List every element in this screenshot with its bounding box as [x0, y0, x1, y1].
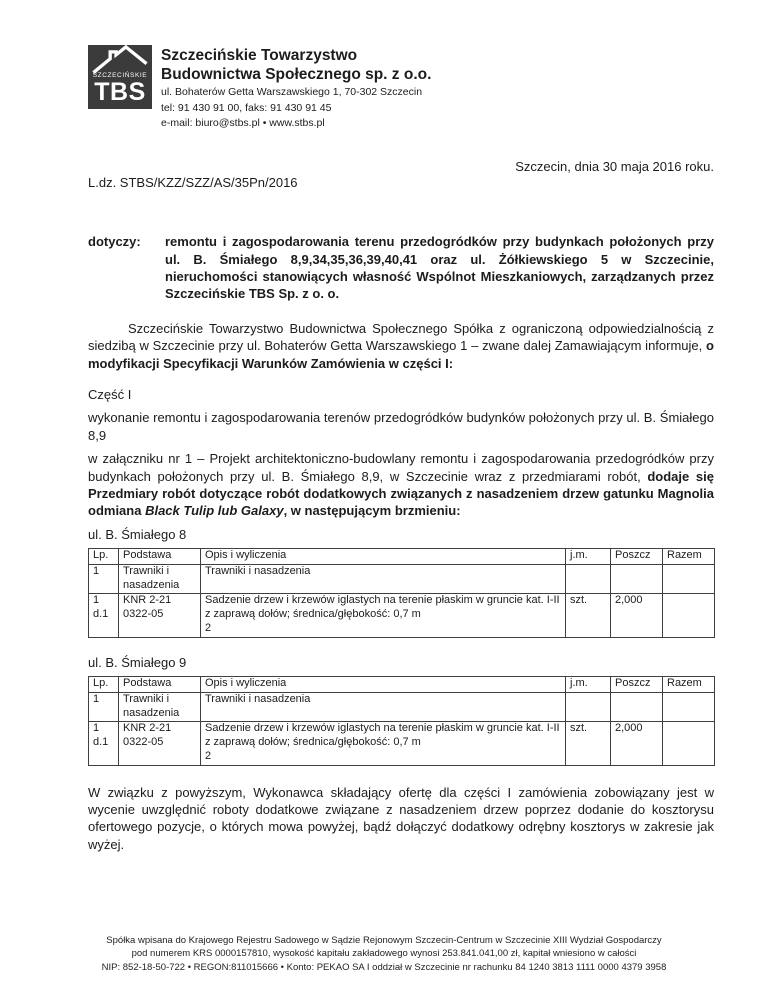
cell-poszcz	[611, 692, 663, 722]
cost-estimate-table-smialego-9: Lp. Podstawa Opis i wyliczenia j.m. Posz…	[88, 676, 715, 766]
cell-poszcz: 2,000	[611, 594, 663, 637]
cell-razem	[663, 722, 715, 765]
podstawa-line2: 0322-05	[123, 736, 196, 750]
cell-jm: szt.	[566, 722, 611, 765]
opis-line2: 2	[205, 750, 561, 764]
lp-line2: d.1	[93, 608, 114, 622]
col-header-opis: Opis i wyliczenia	[201, 677, 566, 693]
cell-podstawa: Trawniki i nasadzenia	[119, 692, 201, 722]
company-email: e-mail: biuro@stbs.pl • www.stbs.pl	[161, 117, 431, 131]
subject-block: dotyczy: remontu i zagospodarowania tere…	[88, 233, 714, 303]
modification-bold-tail: , w następującym brzmieniu:	[284, 503, 461, 518]
date-line: Szczecin, dnia 30 maja 2016 roku.	[88, 159, 714, 174]
col-header-opis: Opis i wyliczenia	[201, 549, 566, 565]
document-page: SZCZECIŃSKIE TBS Szczecińskie Towarzystw…	[0, 0, 768, 994]
col-header-poszcz: Poszcz	[611, 549, 663, 565]
company-logo: SZCZECIŃSKIE TBS	[88, 45, 152, 109]
cell-lp: 1d.1	[89, 594, 119, 637]
cell-razem	[663, 594, 715, 637]
cell-opis: Sadzenie drzew i krzewów iglastych na te…	[201, 722, 566, 765]
footer-line1: Spółka wpisana do Krajowego Rejestru Sad…	[0, 934, 768, 947]
cell-jm: szt.	[566, 594, 611, 637]
cell-opis: Trawniki i nasadzenia	[201, 564, 566, 594]
col-header-jm: j.m.	[566, 549, 611, 565]
reference-number: L.dz. STBS/KZZ/SZZ/AS/35Pn/2016	[88, 175, 714, 190]
lp-line1: 1	[93, 594, 114, 608]
logo-tbs-label: TBS	[94, 80, 146, 105]
company-phone: tel: 91 430 91 00, faks: 91 430 91 45	[161, 102, 431, 116]
podstawa-line1: KNR 2-21	[123, 722, 196, 736]
modification-paragraph: w załączniku nr 1 – Projekt architektoni…	[88, 450, 714, 520]
modification-bold-italic-text: Black Tulip lub Galaxy	[145, 503, 283, 518]
table-row: 1 Trawniki i nasadzenia Trawniki i nasad…	[89, 564, 715, 594]
opis-line2: 2	[205, 622, 561, 636]
part-heading: Część I	[88, 386, 714, 403]
cell-opis: Sadzenie drzew i krzewów iglastych na te…	[201, 594, 566, 637]
col-header-lp: Lp.	[89, 677, 119, 693]
col-header-podstawa: Podstawa	[119, 677, 201, 693]
footer-line3: NIP: 852-18-50-722 • REGON:811015666 • K…	[0, 961, 768, 974]
table-header-row: Lp. Podstawa Opis i wyliczenia j.m. Posz…	[89, 549, 715, 565]
cell-lp: 1	[89, 692, 119, 722]
podstawa-line1: KNR 2-21	[123, 594, 196, 608]
registration-footer: Spółka wpisana do Krajowego Rejestru Sad…	[0, 934, 768, 974]
col-header-lp: Lp.	[89, 549, 119, 565]
lp-line2: d.1	[93, 736, 114, 750]
opis-line1: Sadzenie drzew i krzewów iglastych na te…	[205, 722, 561, 750]
col-header-jm: j.m.	[566, 677, 611, 693]
cell-lp: 1d.1	[89, 722, 119, 765]
subject-label: dotyczy:	[88, 233, 165, 303]
company-name-line1: Szczecińskie Towarzystwo	[161, 47, 431, 66]
company-block: Szczecińskie Towarzystwo Budownictwa Spo…	[161, 45, 431, 131]
cell-poszcz: 2,000	[611, 722, 663, 765]
table-header-row: Lp. Podstawa Opis i wyliczenia j.m. Posz…	[89, 677, 715, 693]
house-roof-icon	[91, 45, 149, 75]
cell-jm	[566, 564, 611, 594]
cell-opis: Trawniki i nasadzenia	[201, 692, 566, 722]
cell-jm	[566, 692, 611, 722]
col-header-poszcz: Poszcz	[611, 677, 663, 693]
document-content: SZCZECIŃSKIE TBS Szczecińskie Towarzystw…	[0, 0, 768, 853]
col-header-razem: Razem	[663, 549, 715, 565]
opis-line1: Sadzenie drzew i krzewów iglastych na te…	[205, 594, 561, 622]
part-description: wykonanie remontu i zagospodarowania ter…	[88, 409, 714, 444]
company-name-line2: Budownictwa Społecznego sp. z o.o.	[161, 66, 431, 85]
company-address: ul. Bohaterów Getta Warszawskiego 1, 70-…	[161, 86, 431, 100]
footer-line2: pod numerem KRS 0000157810, wysokość kap…	[0, 947, 768, 960]
letterhead: SZCZECIŃSKIE TBS Szczecińskie Towarzystw…	[88, 45, 714, 131]
table2-heading: ul. B. Śmiałego 9	[88, 654, 714, 671]
cost-estimate-table-smialego-8: Lp. Podstawa Opis i wyliczenia j.m. Posz…	[88, 548, 715, 638]
table-row: 1 Trawniki i nasadzenia Trawniki i nasad…	[89, 692, 715, 722]
magnolia-variety-name: Black Tulip lub Galaxy	[145, 503, 283, 518]
intro-paragraph: Szczecińskie Towarzystwo Budownictwa Spo…	[88, 320, 714, 372]
cell-podstawa: KNR 2-210322-05	[119, 722, 201, 765]
cell-razem	[663, 564, 715, 594]
cell-podstawa: KNR 2-210322-05	[119, 594, 201, 637]
cell-lp: 1	[89, 564, 119, 594]
podstawa-line2: 0322-05	[123, 608, 196, 622]
subject-text: remontu i zagospodarowania terenu przedo…	[165, 233, 714, 303]
cell-razem	[663, 692, 715, 722]
lp-line1: 1	[93, 722, 114, 736]
modification-normal-text: w załączniku nr 1 – Projekt architektoni…	[88, 451, 714, 483]
table-row: 1d.1 KNR 2-210322-05 Sadzenie drzew i kr…	[89, 594, 715, 637]
table-row: 1d.1 KNR 2-210322-05 Sadzenie drzew i kr…	[89, 722, 715, 765]
cell-poszcz	[611, 564, 663, 594]
col-header-podstawa: Podstawa	[119, 549, 201, 565]
intro-normal-text: Szczecińskie Towarzystwo Budownictwa Spo…	[88, 321, 714, 353]
closing-paragraph: W związku z powyższym, Wykonawca składaj…	[88, 784, 714, 854]
cell-podstawa: Trawniki i nasadzenia	[119, 564, 201, 594]
col-header-razem: Razem	[663, 677, 715, 693]
table1-heading: ul. B. Śmiałego 8	[88, 526, 714, 543]
